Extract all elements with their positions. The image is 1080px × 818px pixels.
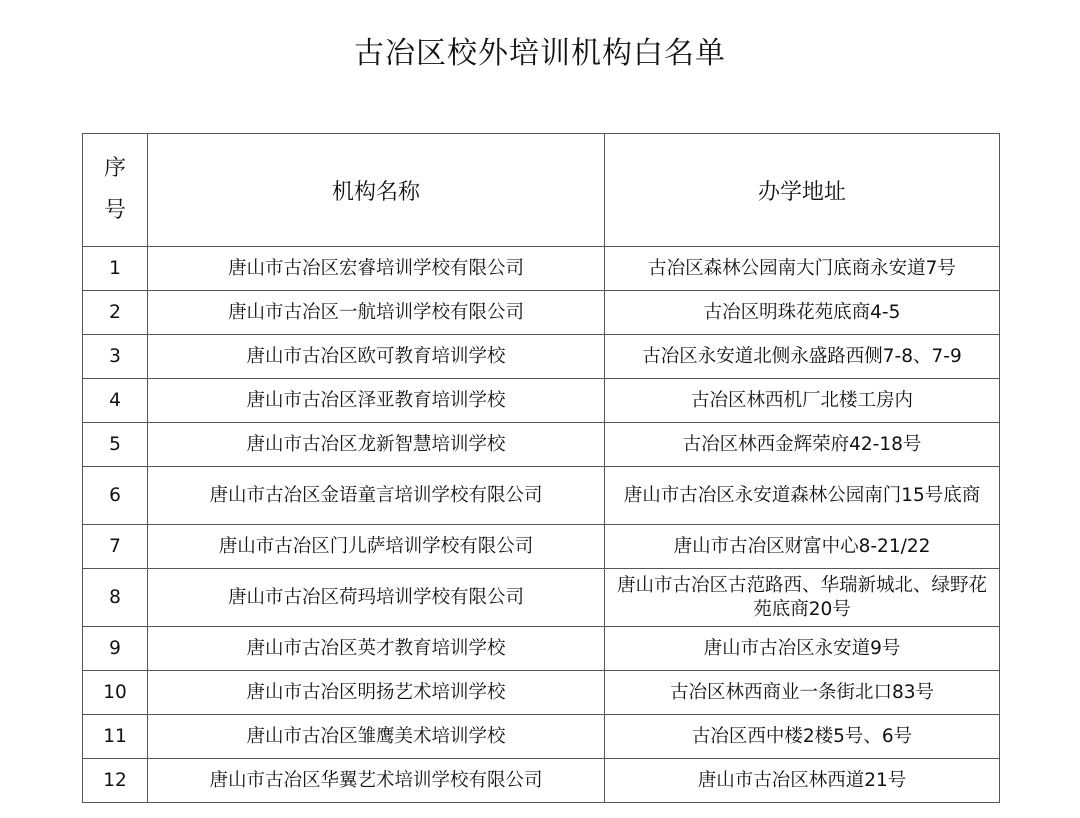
institution-name: 唐山市古冶区明扬艺术培训学校 [148,671,605,715]
institution-name: 唐山市古冶区荷玛培训学校有限公司 [148,569,605,627]
table-row: 5 唐山市古冶区龙新智慧培训学校 古冶区林西金辉荣府42-18号 [83,423,1000,467]
table-row: 7 唐山市古冶区门儿萨培训学校有限公司 唐山市古冶区财富中心8-21/22 [83,525,1000,569]
institution-name: 唐山市古冶区金语童言培训学校有限公司 [148,467,605,525]
institution-address: 古冶区林西金辉荣府42-18号 [605,423,1000,467]
header-name: 机构名称 [148,134,605,247]
header-seq-line2: 号 [87,190,143,232]
row-number: 4 [83,379,148,423]
table-row: 11 唐山市古冶区雏鹰美术培训学校 古冶区西中楼2楼5号、6号 [83,715,1000,759]
institution-name: 唐山市古冶区一航培训学校有限公司 [148,291,605,335]
table-row: 8 唐山市古冶区荷玛培训学校有限公司 唐山市古冶区古范路西、华瑞新城北、绿野花苑… [83,569,1000,627]
table-row: 9 唐山市古冶区英才教育培训学校 唐山市古冶区永安道9号 [83,627,1000,671]
institution-address: 古冶区森林公园南大门底商永安道7号 [605,247,1000,291]
institution-address: 古冶区永安道北侧永盛路西侧7-8、7-9 [605,335,1000,379]
institution-name: 唐山市古冶区欧可教育培训学校 [148,335,605,379]
institution-address: 古冶区林西商业一条街北口83号 [605,671,1000,715]
row-number: 6 [83,467,148,525]
institution-address: 唐山市古冶区永安道9号 [605,627,1000,671]
whitelist-table: 序 号 机构名称 办学地址 1 唐山市古冶区宏睿培训学校有限公司 古冶区森林公园… [82,133,1000,803]
table-row: 10 唐山市古冶区明扬艺术培训学校 古冶区林西商业一条街北口83号 [83,671,1000,715]
institution-name: 唐山市古冶区泽亚教育培训学校 [148,379,605,423]
header-seq: 序 号 [83,134,148,247]
header-address: 办学地址 [605,134,1000,247]
row-number: 12 [83,759,148,803]
table-row: 2 唐山市古冶区一航培训学校有限公司 古冶区明珠花苑底商4-5 [83,291,1000,335]
institution-name: 唐山市古冶区宏睿培训学校有限公司 [148,247,605,291]
institution-name: 唐山市古冶区门儿萨培训学校有限公司 [148,525,605,569]
page-title: 古冶区校外培训机构白名单 [0,28,1080,72]
institution-address: 唐山市古冶区财富中心8-21/22 [605,525,1000,569]
institution-address: 古冶区西中楼2楼5号、6号 [605,715,1000,759]
row-number: 7 [83,525,148,569]
header-seq-line1: 序 [87,148,143,190]
table-row: 12 唐山市古冶区华翼艺术培训学校有限公司 唐山市古冶区林西道21号 [83,759,1000,803]
institution-address: 古冶区林西机厂北楼工房内 [605,379,1000,423]
table-row: 4 唐山市古冶区泽亚教育培训学校 古冶区林西机厂北楼工房内 [83,379,1000,423]
institution-name: 唐山市古冶区华翼艺术培训学校有限公司 [148,759,605,803]
table-row: 3 唐山市古冶区欧可教育培训学校 古冶区永安道北侧永盛路西侧7-8、7-9 [83,335,1000,379]
table-header-row: 序 号 机构名称 办学地址 [83,134,1000,247]
row-number: 9 [83,627,148,671]
institution-name: 唐山市古冶区龙新智慧培训学校 [148,423,605,467]
table-row: 1 唐山市古冶区宏睿培训学校有限公司 古冶区森林公园南大门底商永安道7号 [83,247,1000,291]
institution-address: 唐山市古冶区永安道森林公园南门15号底商 [605,467,1000,525]
table-row: 6 唐山市古冶区金语童言培训学校有限公司 唐山市古冶区永安道森林公园南门15号底… [83,467,1000,525]
row-number: 10 [83,671,148,715]
institution-address: 唐山市古冶区古范路西、华瑞新城北、绿野花苑底商20号 [605,569,1000,627]
institution-name: 唐山市古冶区英才教育培训学校 [148,627,605,671]
institution-address: 唐山市古冶区林西道21号 [605,759,1000,803]
row-number: 8 [83,569,148,627]
row-number: 2 [83,291,148,335]
row-number: 1 [83,247,148,291]
row-number: 3 [83,335,148,379]
institution-name: 唐山市古冶区雏鹰美术培训学校 [148,715,605,759]
row-number: 11 [83,715,148,759]
row-number: 5 [83,423,148,467]
institution-address: 古冶区明珠花苑底商4-5 [605,291,1000,335]
